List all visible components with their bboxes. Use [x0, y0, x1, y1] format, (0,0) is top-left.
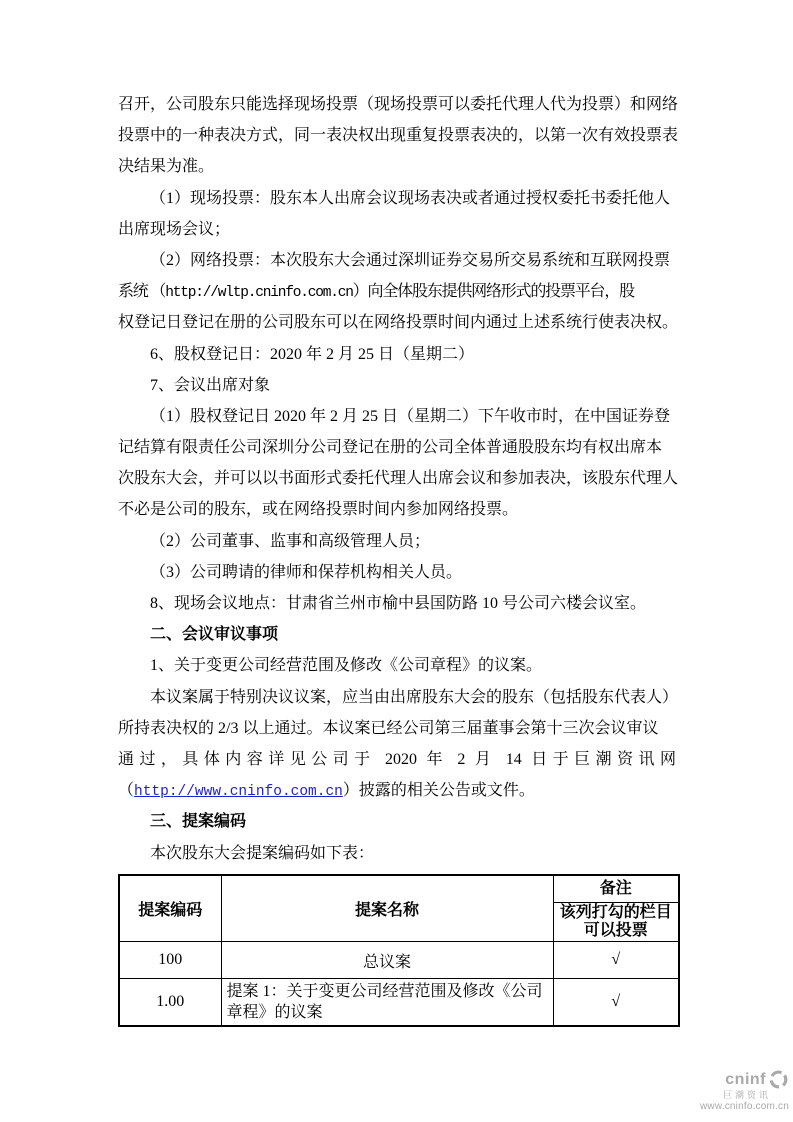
doc-line: （2）网络投票：本次股东大会通过深圳证券交易所交易系统和互联网投票 [118, 245, 676, 276]
doc-line: （1）现场投票：股东本人出席会议现场表决或者通过授权委托书委托他人 [118, 183, 676, 214]
doc-line: 本议案属于特别决议议案，应当由出席股东大会的股东（包括股东代表人） [118, 682, 676, 713]
cninfo-hyperlink[interactable]: http://www.cninfo.com.cn [134, 784, 343, 800]
proposal-table-body: 100总议案√1.00提案 1：关于变更公司经营范围及修改《公司章程》的议案√ [119, 942, 679, 1027]
document-body: 召开，公司股东只能选择现场投票（现场投票可以委托代理人代为投票）和网络投票中的一… [118, 89, 676, 869]
proposal-remark-cell: √ [553, 979, 679, 1027]
doc-line: 所持表决权的 2/3 以上通过。本议案已经公司第三届董事会第十三次会议审议 [118, 713, 676, 744]
url-text: http://wltp.cninfo.com.cn [165, 285, 353, 301]
doc-line: 投票中的一种表决方式，同一表决权出现重复投票表决的，以第一次有效投票表 [118, 120, 676, 151]
doc-line: 系统 （http://wltp.cninfo.com.cn）向全体股东提供网络形… [118, 276, 676, 307]
cninfo-logo: cninf 巨潮资讯 www.cninfo.com.cn [669, 1069, 789, 1112]
cninfo-swirl-icon [768, 1069, 789, 1090]
doc-heading-line: 三、提案编码 [118, 806, 676, 837]
doc-line: （http://www.cninfo.com.cn）披露的相关公告或文件。 [118, 775, 676, 806]
proposal-code-cell: 1.00 [119, 979, 221, 1027]
proposal-remark-cell: √ [553, 942, 679, 979]
doc-line: （2）公司董事、监事和高级管理人员； [118, 526, 676, 557]
doc-line: 1、关于变更公司经营范围及修改《公司章程》的议案。 [118, 650, 676, 681]
cninfo-brand-row: cninf [669, 1069, 789, 1090]
document-page: 召开，公司股东只能选择现场投票（现场投票可以委托代理人代为投票）和网络投票中的一… [0, 0, 793, 1122]
doc-line: 6、股权登记日：2020 年 2 月 25 日（星期二） [118, 339, 676, 370]
col-header-proposal-name: 提案名称 [221, 875, 553, 942]
doc-line: 7、会议出席对象 [118, 370, 676, 401]
doc-line: 本次股东大会提案编码如下表： [118, 838, 676, 869]
doc-line: （3）公司聘请的律师和保荐机构相关人员。 [118, 557, 676, 588]
doc-heading-line: 二、会议审议事项 [118, 619, 676, 650]
doc-line: 召开，公司股东只能选择现场投票（现场投票可以委托代理人代为投票）和网络 [118, 89, 676, 120]
doc-text: ）向全体股东提供网络形式的投票平台，股 [353, 283, 634, 300]
doc-text: （ [118, 782, 134, 799]
proposal-table-row: 100总议案√ [119, 942, 679, 979]
col-header-proposal-code: 提案编码 [119, 875, 221, 942]
doc-text: 系统 （ [118, 283, 165, 300]
cninfo-footer-url: www.cninfo.com.cn [669, 1101, 789, 1112]
doc-text: ）披露的相关公告或文件。 [343, 782, 535, 799]
doc-line: 通过，具体内容详见公司于 2020 年 2 月 14 日于巨潮资讯网 [118, 744, 676, 775]
col-header-remark: 备注 [553, 875, 679, 903]
cninfo-brand-chinese: 巨潮资讯 [669, 1088, 771, 1101]
doc-line: 8、现场会议地点：甘肃省兰州市榆中县国防路 10 号公司六楼会议室。 [118, 588, 676, 619]
doc-line: 决结果为准。 [118, 151, 676, 182]
doc-line: 出席现场会议； [118, 214, 676, 245]
proposal-name-cell: 总议案 [221, 942, 553, 979]
proposal-code-cell: 100 [119, 942, 221, 979]
proposal-code-table: 提案编码 提案名称 备注 该列打勾的栏目 可以投票 100总议案√1.00提案 … [118, 874, 680, 1027]
doc-line: 次股东大会，并可以以书面形式委托代理人出席会议和参加表决，该股东代理人 [118, 463, 676, 494]
doc-line: 权登记日登记在册的公司股东可以在网络投票时间内通过上述系统行使表决权。 [118, 307, 676, 338]
proposal-table-wrap: 提案编码 提案名称 备注 该列打勾的栏目 可以投票 100总议案√1.00提案 … [118, 871, 676, 1027]
doc-line: （1）股权登记日 2020 年 2 月 25 日（星期二）下午收市时，在中国证券… [118, 401, 676, 432]
proposal-name-cell: 提案 1：关于变更公司经营范围及修改《公司章程》的议案 [221, 979, 553, 1027]
proposal-table-row: 1.00提案 1：关于变更公司经营范围及修改《公司章程》的议案√ [119, 979, 679, 1027]
doc-line: 记结算有限责任公司深圳分公司登记在册的公司全体普通股股东均有权出席本 [118, 432, 676, 463]
cninfo-brand-text: cninf [725, 1071, 766, 1089]
doc-line: 不必是公司的股东，或在网络投票时间内参加网络投票。 [118, 494, 676, 525]
col-header-remark-sub: 该列打勾的栏目 可以投票 [553, 903, 679, 942]
